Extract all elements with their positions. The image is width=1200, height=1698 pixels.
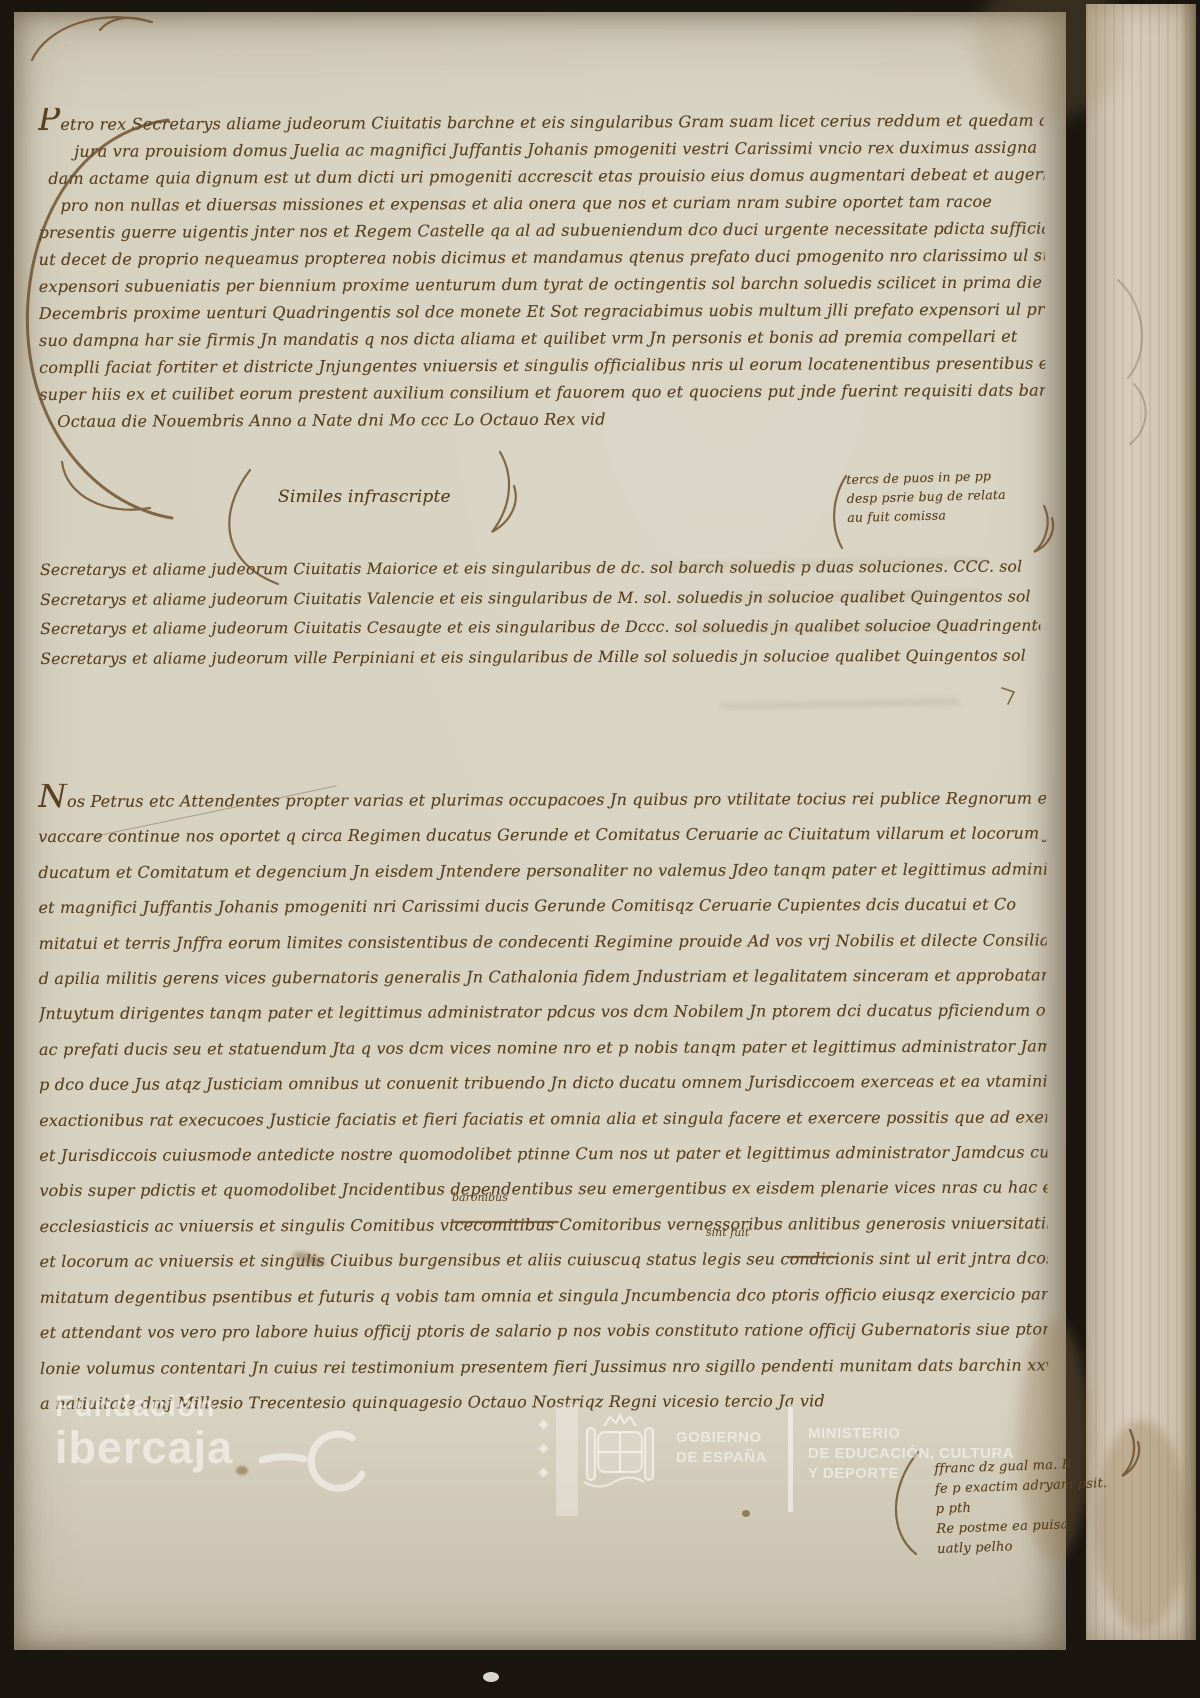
manuscript-line: a natiuitate dmj Millesio Trecentesio qu… [40, 1382, 1048, 1421]
chancery-note-similes: Similes infrascripte [278, 487, 451, 507]
manuscript-line: ecclesiasticis ac vniuersis et singulis … [39, 1205, 1047, 1244]
manuscript-line: p dco duce Jus atqz Justiciam omnibus ut… [39, 1064, 1047, 1103]
manuscript-line: Secretarys et aliame judeorum Ciuitatis … [40, 612, 1040, 645]
similar-letters-list: Secretarys et aliame judeorum Ciuitatis … [40, 553, 1040, 675]
manuscript-entry-1: Petro rex Secretarys aliame judeorum Ciu… [38, 104, 1045, 435]
manuscript-line: d apilia militis gerens vices gubernator… [39, 958, 1047, 997]
manuscript-line: Nos Petrus etc Attendentes propter varia… [38, 780, 1046, 819]
manuscript-line: super hiis ex et cuilibet eorum prestent… [39, 377, 1045, 408]
manuscript-line: Secretarys et aliame judeorum ville Perp… [40, 641, 1040, 674]
manuscript-line: mitatui et terris Jnffra eorum limites c… [38, 922, 1046, 961]
manuscript-scan: Petro rex Secretarys aliame judeorum Ciu… [0, 0, 1200, 1698]
manuscript-line: et attendant vos vero pro labore huius o… [40, 1312, 1048, 1351]
manuscript-line: Secretarys et aliame judeorum Ciuitatis … [40, 553, 1040, 586]
manuscript-line: vaccare continue nos oportet q circa Reg… [38, 816, 1046, 855]
manuscript-line: mitatum degentibus psentibus et futuris … [40, 1276, 1048, 1315]
manuscript-line: Secretarys et aliame judeorum Ciuitatis … [40, 582, 1040, 615]
notarial-subscription: ffranc dz gual ma. R fe p exactim adryam… [934, 1454, 1110, 1560]
manuscript-line: lonie volumus contentari Jn cuius rei te… [40, 1347, 1048, 1386]
manuscript-line: exactionibus rat execucoes Justicie faci… [39, 1099, 1047, 1138]
manuscript-line: Petro rex Secretarys aliame judeorum Ciu… [38, 104, 1044, 138]
manuscript-line: et locorum ac vniuersis et singulis Ciui… [40, 1241, 1048, 1280]
chancery-margin-note: tercs de puos in pe pp desp psrie bug de… [846, 466, 1007, 527]
manuscript-line: et magnifici Juffantis Johanis pmogeniti… [38, 887, 1046, 926]
adjacent-page-edge [1086, 4, 1196, 1640]
manuscript-line: et Jurisdiccois cuiusmode antedicte nost… [39, 1135, 1047, 1174]
interlinear-addition: sint fuit [706, 1226, 749, 1239]
dust-speck [483, 1672, 499, 1682]
manuscript-line: ac prefati ducis seu et statuendum Jta q… [39, 1028, 1047, 1067]
manuscript-line: ducatum et Comitatum et degencium Jn eis… [38, 851, 1046, 890]
interlinear-addition: baronibus [452, 1191, 508, 1204]
manuscript-entry-2: Nos Petrus etc Attendentes propter varia… [38, 780, 1048, 1421]
manuscript-line: Octaua die Nouembris Anno a Nate dni Mo … [39, 404, 1045, 435]
manuscript-line: vobis super pdictis et quomodolibet Jnci… [39, 1170, 1047, 1209]
manuscript-line: Jntuytum dirigentes tanqm pater et legit… [39, 993, 1047, 1032]
